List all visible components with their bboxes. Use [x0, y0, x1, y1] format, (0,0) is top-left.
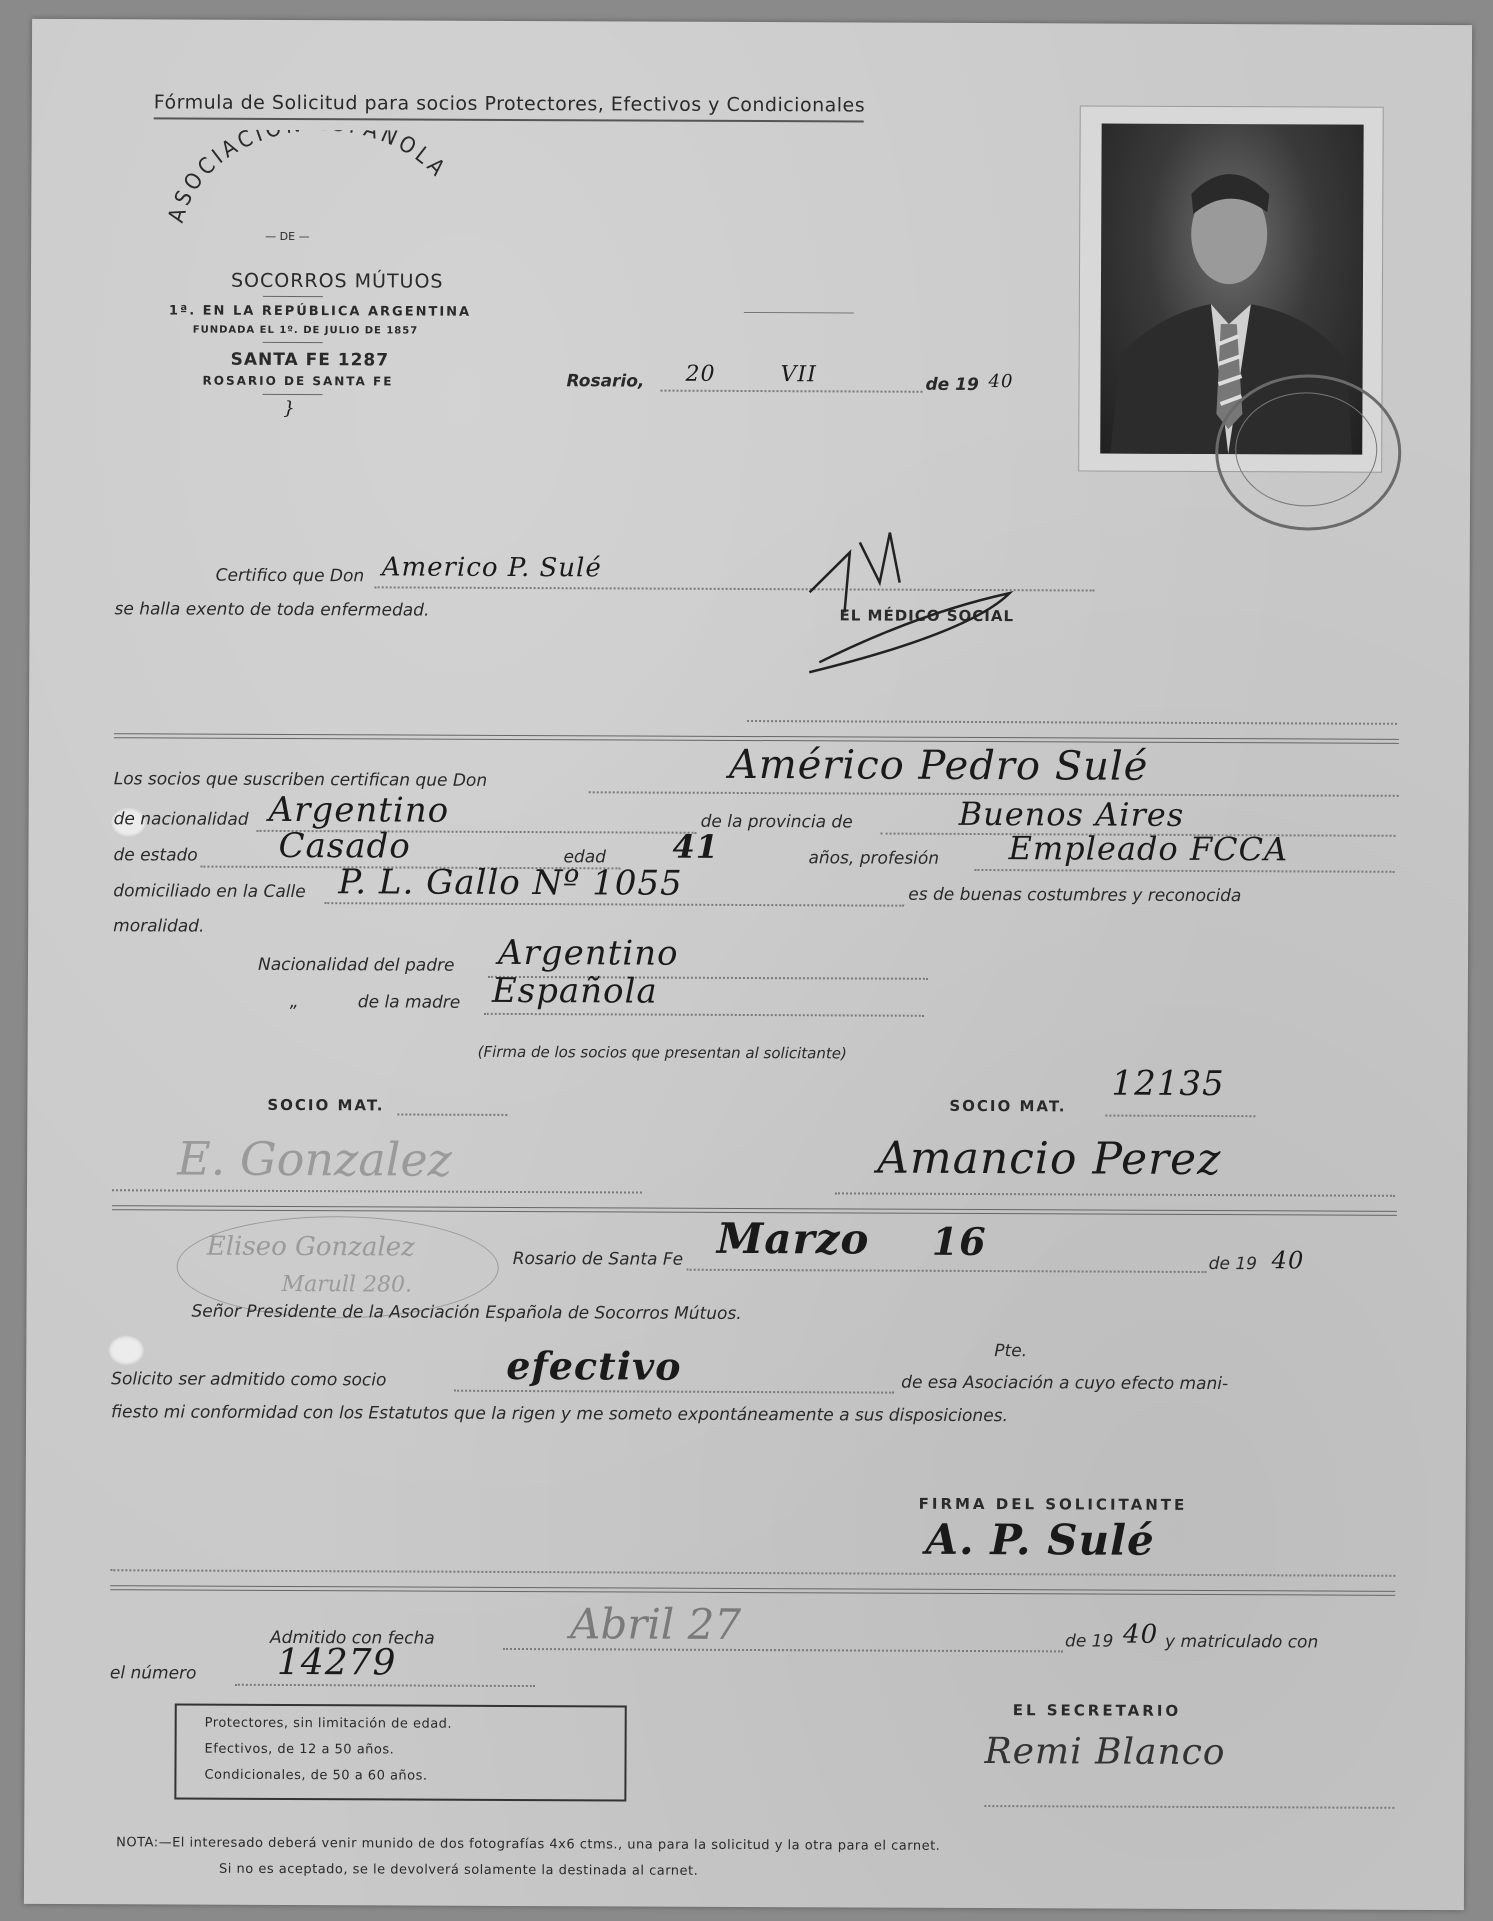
date-line [660, 390, 922, 393]
numero-line [235, 1684, 535, 1687]
admitido-date: Abril 27 [570, 1599, 741, 1649]
divider [262, 394, 322, 395]
nota-line-2: Si no es aceptado, se le devolverá solam… [219, 1862, 698, 1879]
matriculado-label: y matriculado con [1165, 1632, 1318, 1653]
secretario-line [984, 1805, 1394, 1809]
header-month: VII [781, 362, 817, 387]
age-category: Efectivos, de 12 a 50 años. [205, 1742, 395, 1758]
pte-label: Pte. [994, 1341, 1027, 1361]
firma-solicitante-label: FIRMA DEL SOLICITANTE [919, 1495, 1188, 1514]
moralidad-text: moralidad. [113, 916, 204, 936]
exento-text: se halla exento de toda enfermedad. [115, 599, 430, 620]
sponsor-left-signature: E. Gonzalez [177, 1132, 452, 1187]
association-first: 1ª. EN LA REPÚBLICA ARGENTINA [169, 303, 471, 319]
nota-line-1: NOTA:—El interesado deberá venir munido … [116, 1835, 940, 1854]
dotted-rule [747, 720, 1397, 725]
edad-value: 41 [672, 828, 719, 866]
association-stamp-inner [1235, 392, 1377, 507]
sponsor-stamp-address: Marull 280. [282, 1272, 412, 1298]
estatutos-line: fiesto mi conformidad con los Estatutos … [111, 1402, 1008, 1426]
estado-label: de estado [113, 845, 197, 865]
application-year-label: de 19 [1209, 1254, 1257, 1274]
application-month: Marzo [717, 1214, 870, 1264]
title-underline [154, 117, 864, 122]
provincia-value: Buenos Aires [959, 795, 1185, 834]
solicito-rest: de esa Asociación a cuyo efecto mani- [901, 1373, 1228, 1394]
signature-line [110, 1569, 1395, 1577]
padre-value: Argentino [498, 933, 679, 974]
age-categories-box: Protectores, sin limitación de edad. Efe… [174, 1704, 626, 1802]
nacionalidad-value: Argentino [269, 790, 450, 831]
header-day: 20 [686, 362, 716, 387]
padre-label: Nacionalidad del padre [258, 955, 455, 976]
medico-signature [789, 522, 1050, 683]
certifico-label: Certifico que Don [216, 566, 365, 587]
applicant-name: Américo Pedro Sulé [729, 742, 1149, 790]
socio-mat-right-label: SOCIO MAT. [949, 1097, 1066, 1116]
age-category: Condicionales, de 50 a 60 años. [204, 1768, 427, 1784]
application-day: 16 [932, 1219, 987, 1264]
provincia-label: de la provincia de [701, 812, 853, 833]
members-intro: Los socios que suscriben certifican que … [114, 769, 487, 791]
numero-value: 14279 [277, 1642, 397, 1684]
admitido-line [503, 1648, 1063, 1652]
certifico-name: Americo P. Sulé [382, 552, 602, 583]
profesion-line [974, 869, 1394, 873]
madre-label: de la madre [358, 992, 461, 1012]
secretario-label: EL SECRETARIO [1013, 1701, 1182, 1720]
solicito-label: Solicito ser admitido como socio [111, 1369, 386, 1390]
short-rule [744, 312, 854, 313]
admission-year: 40 [1123, 1620, 1158, 1650]
association-name: SOCORROS MÚTUOS [231, 270, 444, 293]
rosario-label: Rosario, [566, 371, 644, 391]
socio-mat-right-value: 12135 [1111, 1064, 1224, 1104]
anos-label: años, profesión [808, 848, 939, 869]
profesion-value: Empleado FCCA [1008, 829, 1288, 868]
punch-hole [108, 1335, 144, 1365]
form-title: Fórmula de Solicitud para socios Protect… [154, 91, 866, 116]
costumbres-text: es de buenas costumbres y reconocida [908, 885, 1241, 906]
domicilio-label: domiciliado en la Calle [113, 881, 305, 902]
firma-socios-note: (Firma de los socios que presentan al so… [478, 1043, 847, 1063]
applicant-signature: A. P. Sulé [925, 1515, 1154, 1565]
rosario-santa-fe-label: Rosario de Santa Fe [513, 1249, 683, 1270]
svg-text:ASOCIACION ESPAÑOLA: ASOCIACION ESPAÑOLA [164, 129, 452, 226]
sponsor-right-line [835, 1192, 1395, 1196]
association-de: — DE — [265, 230, 309, 243]
association-founded: FUNDADA EL 1º. DE JULIO DE 1857 [193, 325, 418, 337]
estado-value: Casado [278, 826, 410, 867]
madre-value: Española [492, 971, 658, 1012]
age-category: Protectores, sin limitación de edad. [205, 1716, 452, 1732]
nacionalidad-label: de nacionalidad [114, 809, 249, 830]
admission-year-label: de 19 [1065, 1631, 1113, 1651]
socio-mat-left-line [397, 1113, 507, 1115]
association-city: ROSARIO DE SANTA FE [203, 374, 394, 389]
sponsor-right-signature: Amancio Perez [877, 1133, 1221, 1186]
sponsor-left-line [112, 1189, 642, 1193]
member-type-value: efectivo [506, 1343, 681, 1389]
application-year: 40 [1272, 1246, 1305, 1274]
header-year: 40 [989, 371, 1014, 392]
domicilio-value: P. L. Gallo Nº 1055 [338, 862, 682, 904]
socio-mat-left-label: SOCIO MAT. [267, 1096, 384, 1115]
document-page: Fórmula de Solicitud para socios Protect… [24, 19, 1472, 1910]
section-separator [110, 1585, 1395, 1596]
madre-line [484, 1013, 924, 1017]
socio-mat-right-line [1105, 1115, 1255, 1118]
secretario-signature: Remi Blanco [984, 1731, 1225, 1773]
application-date-line [687, 1269, 1207, 1273]
member-type-line [454, 1390, 894, 1394]
header-year-label: de 19 [925, 375, 978, 395]
handwritten-mark: } [283, 398, 296, 419]
addressee-line: Señor Presidente de la Asociación Españo… [191, 1302, 741, 1324]
sponsor-stamp-name: Eliseo Gonzalez [207, 1232, 415, 1263]
association-address: SANTA FE 1287 [231, 350, 390, 371]
madre-prefix: „ [290, 992, 299, 1012]
numero-label: el número [110, 1663, 197, 1683]
